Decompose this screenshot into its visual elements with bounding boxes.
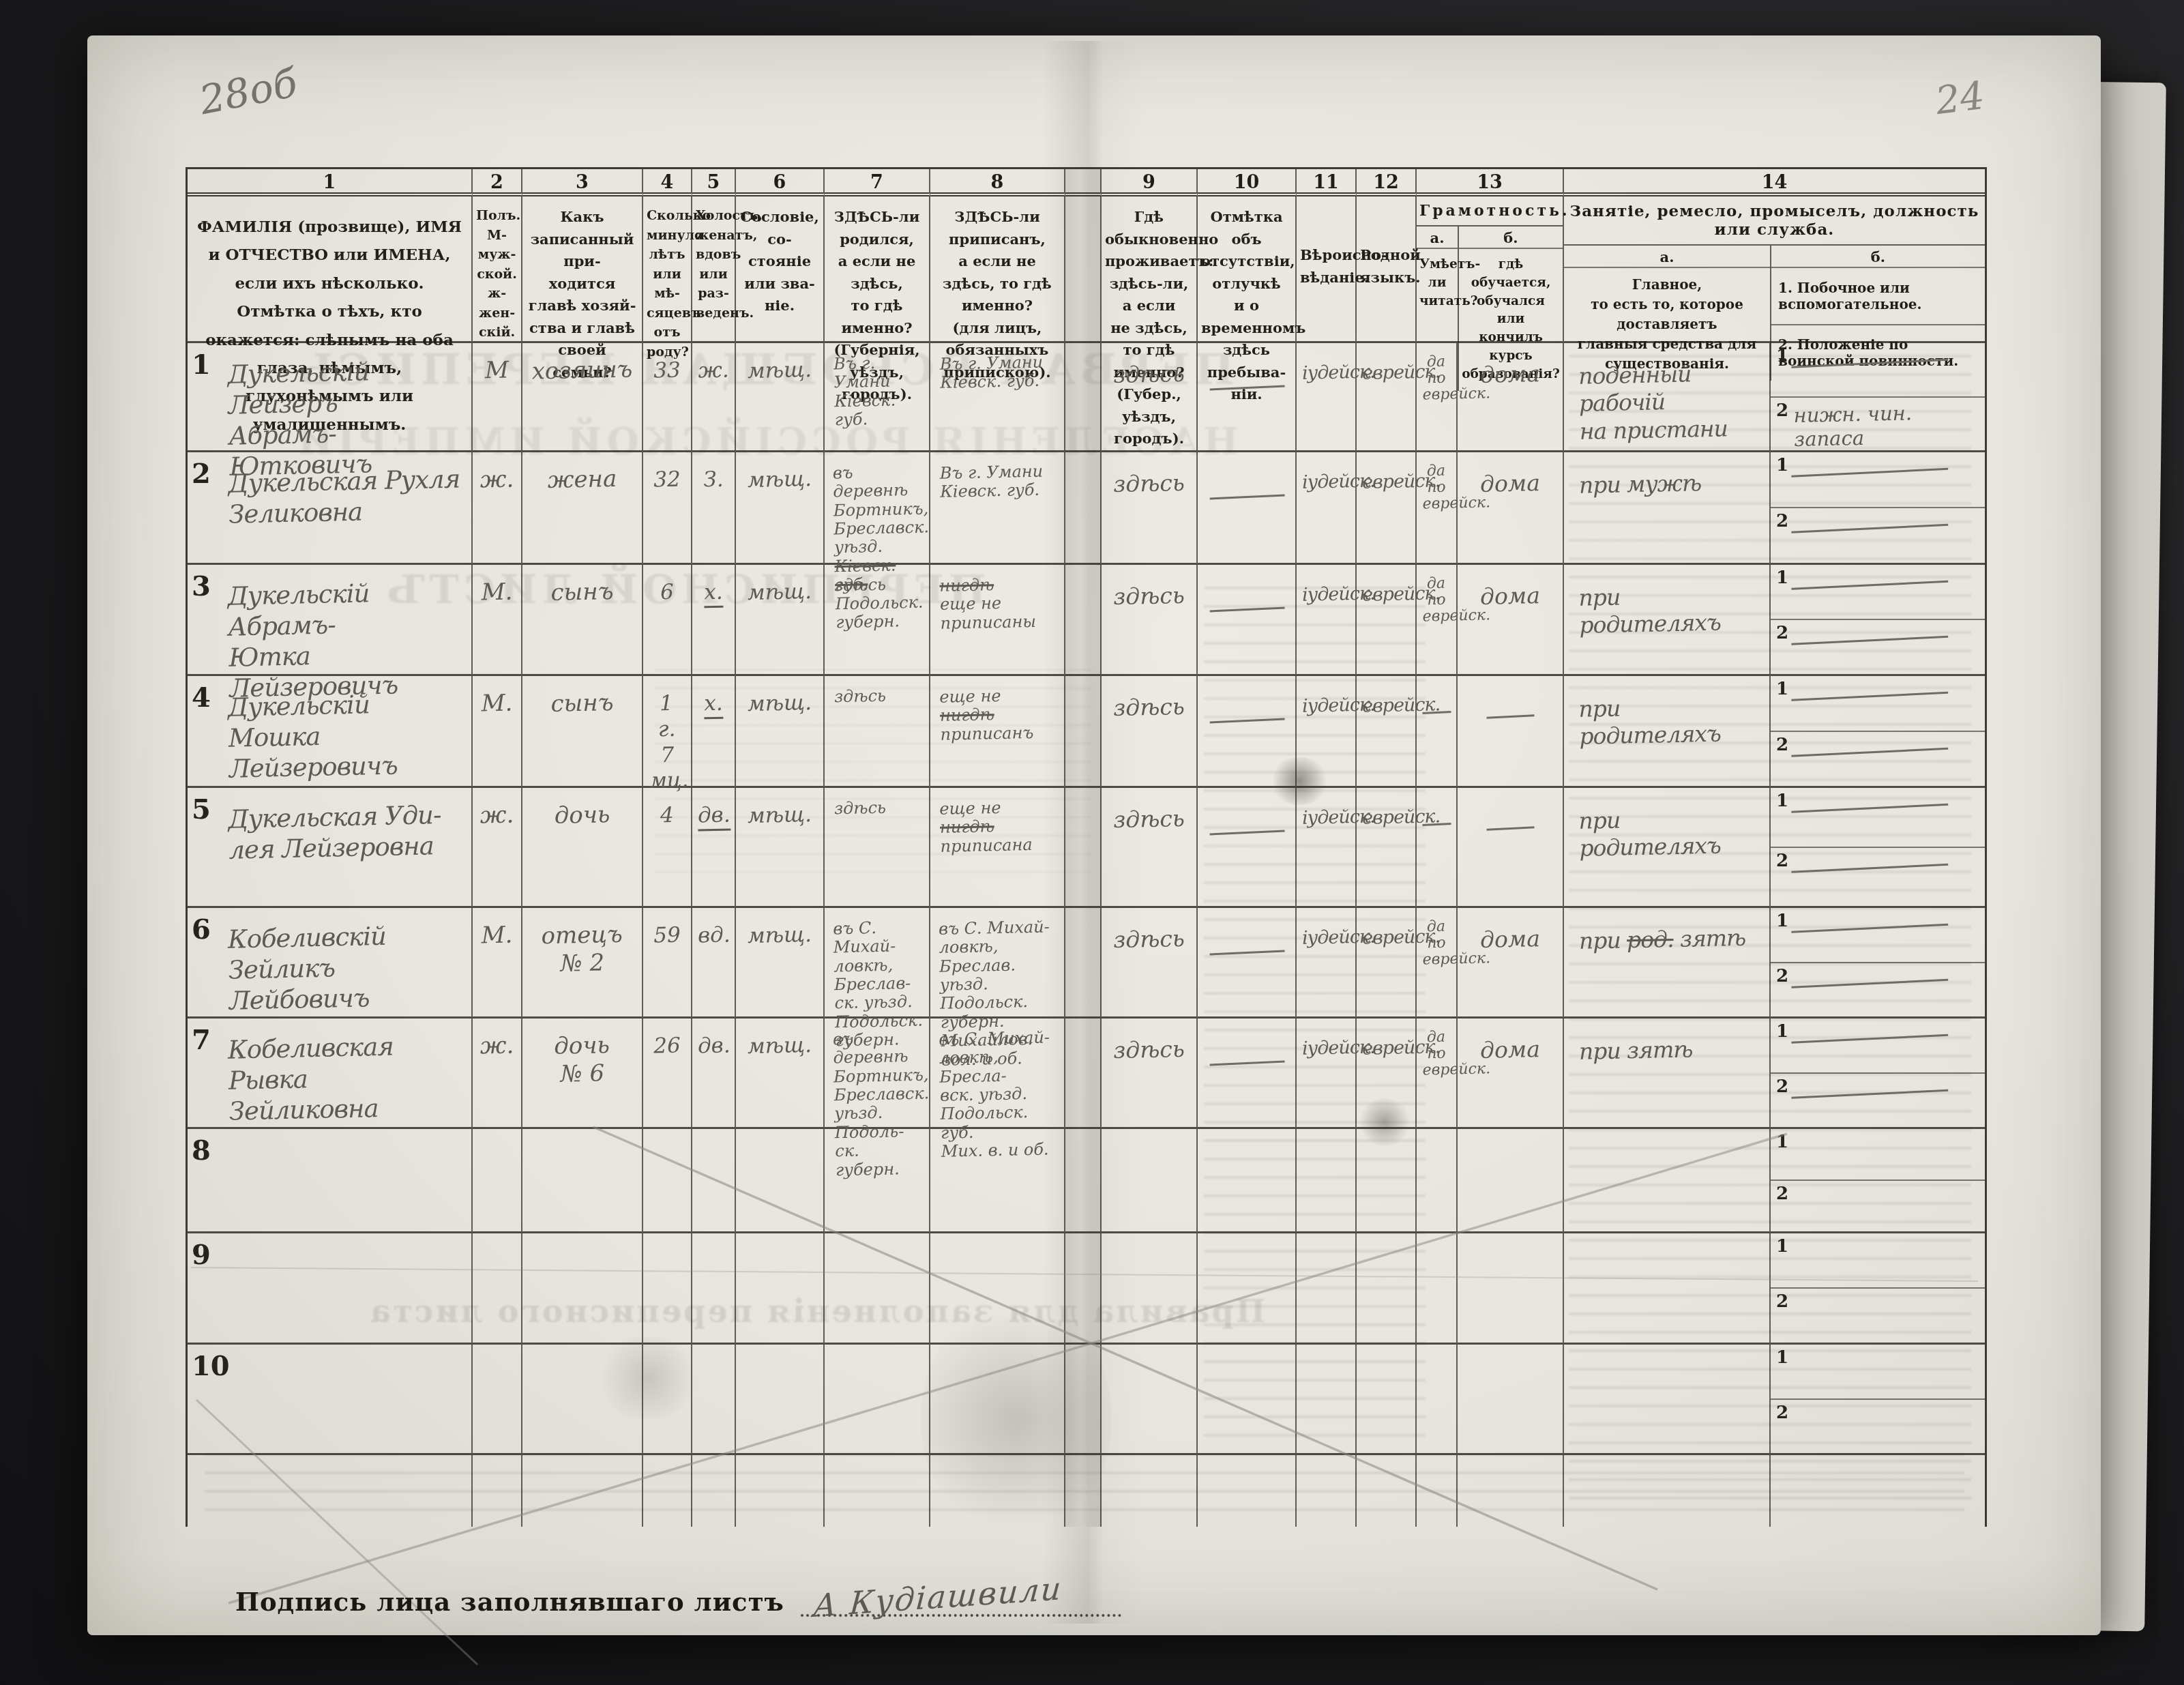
table-row-4-c9: здѣсь xyxy=(1102,676,1198,788)
table-row-9-c11 xyxy=(1297,1233,1357,1345)
handwritten-entry xyxy=(1202,568,1290,612)
table-row-9-c8 xyxy=(930,1233,1065,1345)
handwritten-entry xyxy=(1421,680,1451,714)
table-row-10-c11 xyxy=(1297,1345,1357,1455)
handwriting-segment: при xyxy=(1579,926,1627,954)
handwritten-entry: 32 xyxy=(649,467,686,493)
table-row-7-c5: дв. xyxy=(692,1019,736,1129)
table-tail-cell xyxy=(1357,1455,1417,1527)
column-number-7: 7 xyxy=(825,169,930,196)
column-number-2: 2 xyxy=(473,169,522,196)
table-row-9-c13a xyxy=(1417,1233,1458,1345)
handwritten-entry: дочь № 6 xyxy=(527,1031,637,1089)
handwritten-entry: здѣсь xyxy=(1107,1036,1192,1065)
handwritten-entry xyxy=(1202,456,1290,499)
handwritten-entry xyxy=(1771,906,1986,932)
table-row-8-c12 xyxy=(1357,1129,1417,1233)
handwritten-entry: Дукельская Уди- лея Лейзеровна xyxy=(228,799,467,866)
dash-mark xyxy=(1209,830,1284,835)
dash-mark xyxy=(1791,692,1948,701)
table-row-10-c2 xyxy=(473,1345,522,1455)
handwritten-entry: іудейск. xyxy=(1302,806,1351,830)
table-row-10-c8 xyxy=(930,1345,1065,1455)
c14b-sub2: 2 xyxy=(1771,620,1985,674)
handwritten-entry xyxy=(1771,729,1986,755)
table-row-1-c13b: дома xyxy=(1458,343,1564,452)
dash-mark xyxy=(1209,950,1284,955)
table-row-1-c13a: да по еврейск. xyxy=(1417,343,1458,452)
handwritten-entry: да по еврейск. xyxy=(1421,919,1451,969)
handwritten-entry: да по еврейск. xyxy=(1421,1029,1451,1079)
occupation-col-a-label: а. xyxy=(1564,246,1770,268)
dash-mark xyxy=(1791,924,1948,933)
table-row-7-c7: въ деревнѣ Бортникъ, Бреславск. уѣзд. По… xyxy=(825,1019,930,1129)
table-tail-cell xyxy=(1297,1455,1357,1527)
table-row-7-c8: въ С. Михай- ловкѣ, Бресла- вск. уѣзд. П… xyxy=(930,1019,1065,1129)
handwritten-entry xyxy=(1202,1022,1290,1066)
dash-mark xyxy=(1791,1089,1948,1098)
column-number-3: 3 xyxy=(522,169,643,196)
header-c7: ЗДѢСЬ-ли родился, а если не здѣсь, то гд… xyxy=(825,196,930,343)
c14b-sub2: 2 xyxy=(1771,732,1985,787)
table-row-4-c8: еще не нигдѣ приписанъ xyxy=(930,676,1065,788)
table-row-5-c5: дв. xyxy=(692,788,736,908)
table-row-7-c12: еврейск. xyxy=(1357,1019,1417,1129)
table-tail-cell xyxy=(692,1455,736,1527)
handwritten-entry: Въ г. Умани Кіевск. губ. xyxy=(833,353,924,430)
column-number-1: 1 xyxy=(188,169,473,196)
row-number: 3 xyxy=(192,570,211,602)
table-row-5-c7: здѣсь xyxy=(825,788,930,908)
table-row-4-c3: сынъ xyxy=(522,676,643,788)
handwritten-entry: М. xyxy=(478,689,516,718)
table-row-2-c14a: при мужѣ xyxy=(1564,452,1771,565)
handwritten-entry xyxy=(1771,563,1986,589)
table-row-7-c13b: дома xyxy=(1458,1019,1564,1129)
handwritten-entry: еще не нигдѣ приписана xyxy=(939,797,1059,856)
table-row-2-c9: здѣсь xyxy=(1102,452,1198,565)
handwritten-entry: здѣсь xyxy=(1107,925,1192,954)
handwritten-entry xyxy=(1771,618,1986,644)
dash-mark xyxy=(1422,711,1451,714)
table-row-10-c14a xyxy=(1564,1345,1771,1455)
table-row-5-c14b: 12 xyxy=(1771,788,1985,908)
handwritten-entry: здѣсь xyxy=(1107,805,1192,834)
handwritten-entry: М xyxy=(478,356,516,385)
handwritten-entry: еврейск. xyxy=(1362,471,1411,494)
handwritten-entry: хозяинъ xyxy=(528,355,637,386)
table-tail-cell xyxy=(825,1455,930,1527)
handwritten-entry: мѣщ. xyxy=(741,922,818,950)
table-row-8-c4 xyxy=(643,1129,692,1233)
handwritten-entry: Въ г. Умани Кіевск. губ. xyxy=(939,462,1059,501)
gutter-cell xyxy=(1065,1233,1102,1345)
table-row-6-c13b: дома xyxy=(1458,908,1564,1019)
table-row-1-c11: іудейск. xyxy=(1297,343,1357,452)
dash-mark xyxy=(1209,1060,1284,1066)
c14b-sub2: 2 xyxy=(1771,848,1985,907)
table-row-9-c6 xyxy=(736,1233,825,1345)
handwriting-segment: еще не xyxy=(939,798,1001,819)
header-group-occupation: Занятіе, ремесло, промыселъ, должность и… xyxy=(1564,196,1985,343)
handwritten-entry: х. xyxy=(698,580,730,606)
table-row-4-c14b: 12 xyxy=(1771,676,1985,788)
header-c9: Гдѣ обыкновенно проживаетъ: здѣсь-ли, а … xyxy=(1102,196,1198,343)
dash-mark xyxy=(1791,636,1948,645)
header-c11: Вѣроиспо- вѣданіе. xyxy=(1297,196,1357,343)
table-row-7-c9: здѣсь xyxy=(1102,1019,1198,1129)
handwriting-segment: х. xyxy=(704,580,723,609)
handwritten-entry: нижн. чин. запаса xyxy=(1793,400,1985,452)
handwritten-entry: еврейск. xyxy=(1362,694,1411,718)
table-row-3-name: 3Дукельскій Абрамъ- Ютка Лейзеровичъ xyxy=(188,565,473,676)
table-row-3-c2: М. xyxy=(473,565,522,676)
table-tail-cell xyxy=(473,1455,522,1527)
table-row-8-c13b xyxy=(1458,1129,1564,1233)
table-row-8-c7 xyxy=(825,1129,930,1233)
table-row-1-c9: здѣсь xyxy=(1102,343,1198,452)
table-row-5-c11: іудейск. xyxy=(1297,788,1357,908)
table-tail-cell xyxy=(736,1455,825,1527)
header-c1: ФАМИЛІЯ (прозвище), ИМЯ и ОТЧЕСТВО или И… xyxy=(188,196,473,343)
occupation-col-b-label: б. xyxy=(1771,246,1985,268)
handwritten-entry xyxy=(1771,341,1986,367)
table-row-2-c5: З. xyxy=(692,452,736,565)
table-row-10-c3 xyxy=(522,1345,643,1455)
table-row-6-c8: въ С. Михай- ловкѣ, Бреслав. уѣзд. Подол… xyxy=(930,908,1065,1019)
table-row-10-c5 xyxy=(692,1345,736,1455)
table-tail-cell xyxy=(1065,1455,1102,1527)
table-row-9-c14b: 12 xyxy=(1771,1233,1985,1345)
handwritten-entry: вд. xyxy=(698,923,730,950)
table-row-9-name: 9 xyxy=(188,1233,473,1345)
table-row-8-c13a xyxy=(1417,1129,1458,1233)
table-row-7-c4: 26 xyxy=(643,1019,692,1129)
row-number: 6 xyxy=(192,913,211,946)
signature-line: А Кудіашвили xyxy=(801,1566,1121,1617)
table-row-9-c9 xyxy=(1102,1233,1198,1345)
table-row-3-c8: нигдѣ еще не приписаны xyxy=(930,565,1065,676)
handwritten-entry: еврейск. xyxy=(1362,1037,1411,1060)
table-row-3-c5: х. xyxy=(692,565,736,676)
table-row-4-c10 xyxy=(1198,676,1297,788)
table-row-1-c5: ж. xyxy=(692,343,736,452)
c14b-sub1: 1 xyxy=(1771,343,1985,398)
table-row-6-c11: іудейск. xyxy=(1297,908,1357,1019)
table-row-9-c3 xyxy=(522,1233,643,1345)
table-row-8-c6 xyxy=(736,1129,825,1233)
handwritten-entry: дома xyxy=(1463,469,1558,499)
table-row-5-c14a: при родителяхъ xyxy=(1564,788,1771,908)
handwritten-entry: М. xyxy=(478,921,516,950)
literacy-col-a-label: а. xyxy=(1417,226,1458,249)
c14b-sub1: 1 xyxy=(1771,565,1985,620)
handwritten-entry: при род. зятѣ xyxy=(1579,924,1765,955)
column-number-9: 9 xyxy=(1102,169,1198,196)
handwritten-entry xyxy=(1771,786,1986,812)
handwritten-entry: З. xyxy=(698,467,730,494)
table-row-2-name: 2Дукельская Рухля Зеликовна xyxy=(188,452,473,565)
table-tail-cell xyxy=(522,1455,643,1527)
handwritten-entry xyxy=(1771,1071,1986,1097)
handwritten-entry: дома xyxy=(1463,925,1558,954)
table-row-9-c13b xyxy=(1458,1233,1564,1345)
handwritten-entry: мѣщ. xyxy=(741,690,818,718)
table-row-2-c12: еврейск. xyxy=(1357,452,1417,565)
table-tail-cell xyxy=(1771,1455,1985,1527)
table-row-2-c2: ж. xyxy=(473,452,522,565)
table-row-5-c13b xyxy=(1458,788,1564,908)
c14b-sub2: 2 xyxy=(1771,963,1985,1017)
dash-mark xyxy=(1487,714,1535,718)
dash-mark xyxy=(1487,826,1535,830)
table-row-4-c5: х. xyxy=(692,676,736,788)
table-row-5-c9: здѣсь xyxy=(1102,788,1198,908)
table-tail-cell xyxy=(188,1455,473,1527)
table-row-6-c4: 59 xyxy=(643,908,692,1019)
table-row-5-c6: мѣщ. xyxy=(736,788,825,908)
table-row-6-c10 xyxy=(1198,908,1297,1019)
handwritten-entry: Кобеливская Рывка Зейликовна xyxy=(228,1029,467,1127)
handwritten-entry: іудейск. xyxy=(1302,583,1351,606)
handwritten-entry: М. xyxy=(478,578,516,607)
handwritten-entry xyxy=(1771,674,1986,700)
printed-sub-number: 2 xyxy=(1776,400,1788,421)
census-table: 1234567891011121314ФАМИЛІЯ (прозвище), И… xyxy=(186,167,1987,1527)
handwritten-entry: еврейск. xyxy=(1362,362,1411,385)
handwritten-entry: здѣсь xyxy=(834,686,924,707)
table-row-3-c12: еврейск. xyxy=(1357,565,1417,676)
table-row-8-c14a xyxy=(1564,1129,1771,1233)
printed-sub-number: 1 xyxy=(1776,1236,1788,1257)
handwritten-entry: да по еврейск. xyxy=(1421,576,1451,626)
table-row-3-c10 xyxy=(1198,565,1297,676)
table-row-8-name: 8 xyxy=(188,1129,473,1233)
table-row-8-c2 xyxy=(473,1129,522,1233)
handwritten-entry: мѣщ. xyxy=(741,579,818,606)
table-row-6-c9: здѣсь xyxy=(1102,908,1198,1019)
table-row-2-c10 xyxy=(1198,452,1297,565)
table-row-1-c3: хозяинъ xyxy=(522,343,643,452)
table-row-4-c13a xyxy=(1417,676,1458,788)
row-number: 10 xyxy=(192,1350,230,1382)
handwritten-entry: еврейск. xyxy=(1362,806,1411,830)
column-number-10: 10 xyxy=(1198,169,1297,196)
table-row-1-c4: 33 xyxy=(643,343,692,452)
table-row-9-c10 xyxy=(1198,1233,1297,1345)
dash-mark xyxy=(1791,524,1948,533)
table-row-2-c14b: 12 xyxy=(1771,452,1985,565)
table-row-6-c12: еврейск. xyxy=(1357,908,1417,1019)
printed-sub-number: 1 xyxy=(1776,1347,1788,1368)
table-row-7-c14a: при зятѣ xyxy=(1564,1019,1771,1129)
signature-label: Подпись лица заполнявшаго листъ xyxy=(235,1587,784,1617)
row-number: 4 xyxy=(192,682,211,714)
dash-mark xyxy=(1209,718,1284,723)
table-tail-cell xyxy=(1458,1455,1564,1527)
handwritten-entry xyxy=(1771,506,1986,532)
table-row-3-c14b: 12 xyxy=(1771,565,1985,676)
literacy-group-title: Грамотность. xyxy=(1417,196,1563,226)
handwritten-entry: дв. xyxy=(698,803,730,830)
c14b-sub1: 1 xyxy=(1771,452,1985,508)
table-row-1-c7: Въ г. Умани Кіевск. губ. xyxy=(825,343,930,452)
table-row-3-c13b: дома xyxy=(1458,565,1564,676)
handwritten-entry: здѣсь xyxy=(834,575,924,596)
handwritten-entry xyxy=(1771,845,1986,871)
handwritten-entry: іудейск. xyxy=(1302,1037,1351,1060)
dash-mark xyxy=(1791,747,1948,757)
table-row-4-c4: 1 г. 7 мц. xyxy=(643,676,692,788)
table-row-6-c3: отецъ № 2 xyxy=(522,908,643,1019)
table-row-1-c14b: 12нижн. чин. запаса xyxy=(1771,343,1985,452)
c14b-sub1: 1 xyxy=(1771,908,1985,963)
table-row-6-c13a: да по еврейск. xyxy=(1417,908,1458,1019)
handwritten-entry: ж. xyxy=(478,801,516,830)
handwritten-entry: при родителяхъ xyxy=(1578,581,1765,639)
gutter-cell xyxy=(1065,1019,1102,1129)
scanned-census-page: { "page": { "left_folio": "28об", "right… xyxy=(0,0,2184,1685)
handwritten-entry xyxy=(1462,679,1557,719)
c14b-sub1: 1 xyxy=(1771,1019,1985,1074)
table-row-5-name: 5Дукельская Уди- лея Лейзеровна xyxy=(188,788,473,908)
handwritten-entry: Дукельскій Мошка Лейзеровичъ xyxy=(228,687,467,785)
dash-mark xyxy=(1422,823,1451,826)
table-row-1-c6: мѣщ. xyxy=(736,343,825,452)
c14b-sub2: 2 xyxy=(1771,508,1985,563)
column-number-5: 5 xyxy=(692,169,736,196)
table-row-4-c13b xyxy=(1458,676,1564,788)
handwritten-entry: мѣщ. xyxy=(741,802,818,830)
table-tail-cell xyxy=(930,1455,1065,1527)
table-row-8-c9 xyxy=(1102,1129,1198,1233)
row-number: 1 xyxy=(192,349,211,381)
table-row-9-c7 xyxy=(825,1233,930,1345)
column-number-12: 12 xyxy=(1357,169,1417,196)
handwriting-segment: еще не xyxy=(939,686,1001,707)
table-tail-cell xyxy=(643,1455,692,1527)
printed-sub-number: 2 xyxy=(1776,1291,1788,1312)
table-row-2-c4: 32 xyxy=(643,452,692,565)
dash-mark xyxy=(1209,494,1284,499)
c14b-sub2: 2 xyxy=(1771,1400,1985,1454)
column-number-4: 4 xyxy=(643,169,692,196)
table-row-5-c13a xyxy=(1417,788,1458,908)
table-row-5-c8: еще не нигдѣ приписана xyxy=(930,788,1065,908)
gutter-header xyxy=(1065,196,1102,343)
table-row-7-c2: ж. xyxy=(473,1019,522,1129)
table-row-8-c11 xyxy=(1297,1129,1357,1233)
printed-sub-number: 2 xyxy=(1776,1184,1788,1204)
handwritten-entry: поденный рабочій на пристани xyxy=(1578,359,1765,445)
table-row-5-c12: еврейск. xyxy=(1357,788,1417,908)
header-c12: Родной языкъ. xyxy=(1357,196,1417,343)
header-c6: Сословіе, со- стояніе или зва- ніе. xyxy=(736,196,825,343)
handwritten-entry: да по еврейск. xyxy=(1421,463,1451,513)
handwritten-entry: еврейск. xyxy=(1362,583,1411,606)
table-row-4-c7: здѣсь xyxy=(825,676,930,788)
gutter-cell xyxy=(1065,676,1102,788)
handwritten-entry: жена xyxy=(528,465,637,495)
handwritten-entry: ж. xyxy=(478,465,516,495)
table-row-6-c6: мѣщ. xyxy=(736,908,825,1019)
struck-word: нигдѣ xyxy=(939,575,994,596)
table-row-2-c3: жена xyxy=(522,452,643,565)
dash-mark xyxy=(1209,606,1284,612)
table-row-6-c7: въ С. Михай- ловкѣ, Бреслав- ск. уѣзд. П… xyxy=(825,908,930,1019)
table-row-2-c6: мѣщ. xyxy=(736,452,825,565)
table-row-3-c3: сынъ xyxy=(522,565,643,676)
table-row-2-c7: въ деревнѣ Бортникъ, Бреславск. уѣзд. Кі… xyxy=(825,452,930,565)
dash-mark xyxy=(1209,385,1284,390)
handwritten-entry: при родителяхъ xyxy=(1578,804,1765,862)
handwriting-segment: въ деревнѣ Бортникъ, Бреславск. уѣзд. xyxy=(832,463,929,557)
table-row-3-c6: мѣщ. xyxy=(736,565,825,676)
header-c3: Какъ записанный при- ходится главѣ хозяй… xyxy=(522,196,643,343)
printed-sub-number: 1 xyxy=(1776,1132,1788,1152)
table-row-1-name: 1Дукельскій Лейзеръ Абрамъ-Ютковичъ xyxy=(188,343,473,452)
table-tail-cell xyxy=(1198,1455,1297,1527)
handwriting-segment: х. xyxy=(704,691,723,720)
handwritten-entry: мѣщ. xyxy=(741,467,818,494)
table-row-4-c6: мѣщ. xyxy=(736,676,825,788)
table-row-8-c3 xyxy=(522,1129,643,1233)
handwritten-entry: здѣсь xyxy=(1107,360,1192,390)
handwritten-entry: дома xyxy=(1463,1036,1558,1065)
table-row-7-c14b: 12 xyxy=(1771,1019,1985,1129)
handwritten-entry: отецъ № 2 xyxy=(527,920,637,979)
gutter-cell xyxy=(1065,343,1102,452)
table-row-2-c13b: дома xyxy=(1458,452,1564,565)
table-tail-cell xyxy=(1564,1455,1771,1527)
handwritten-entry xyxy=(1771,1016,1986,1042)
handwritten-entry xyxy=(1202,791,1290,835)
handwritten-entry: дочь xyxy=(528,800,637,831)
handwritten-entry: ж. xyxy=(698,358,730,385)
handwritten-entry: х. xyxy=(698,691,730,718)
table-row-7-c10 xyxy=(1198,1019,1297,1129)
dash-mark xyxy=(1791,1034,1948,1044)
handwritten-entry xyxy=(1771,961,1986,986)
table-row-9-c2 xyxy=(473,1233,522,1345)
c14b-sub1: 1 xyxy=(1771,1129,1985,1181)
table-row-7-name: 7Кобеливская Рывка Зейликовна xyxy=(188,1019,473,1129)
struck-word: нигдѣ xyxy=(940,705,994,726)
table-tail-cell xyxy=(1417,1455,1458,1527)
table-row-4-c14a: при родителяхъ xyxy=(1564,676,1771,788)
table-row-6-c2: М. xyxy=(473,908,522,1019)
table-row-4-c2: М. xyxy=(473,676,522,788)
handwritten-entry: еврейск. xyxy=(1362,926,1411,950)
gutter-top xyxy=(1065,169,1102,196)
table-row-5-c2: ж. xyxy=(473,788,522,908)
column-number-6: 6 xyxy=(736,169,825,196)
handwritten-entry: ж. xyxy=(478,1031,516,1061)
handwritten-entry: здѣсь xyxy=(1107,693,1192,722)
handwritten-entry: да по еврейск. xyxy=(1421,354,1451,404)
table-row-3-c4: 6 xyxy=(643,565,692,676)
handwritten-entry: дома xyxy=(1463,582,1558,611)
header-c10: Отмѣтка объ отсутствіи, отлучкѣ и о врем… xyxy=(1198,196,1297,343)
table-row-9-c4 xyxy=(643,1233,692,1345)
handwritten-entry: еще не нигдѣ приписанъ xyxy=(939,686,1059,744)
handwritten-entry: мѣщ. xyxy=(741,357,818,385)
table-row-10-c4 xyxy=(643,1345,692,1455)
table-row-7-c3: дочь № 6 xyxy=(522,1019,643,1129)
c14b-sub2: 2нижн. чин. запаса xyxy=(1771,398,1985,451)
handwritten-entry: здѣсь xyxy=(1107,582,1192,611)
handwritten-entry: 33 xyxy=(649,357,686,384)
